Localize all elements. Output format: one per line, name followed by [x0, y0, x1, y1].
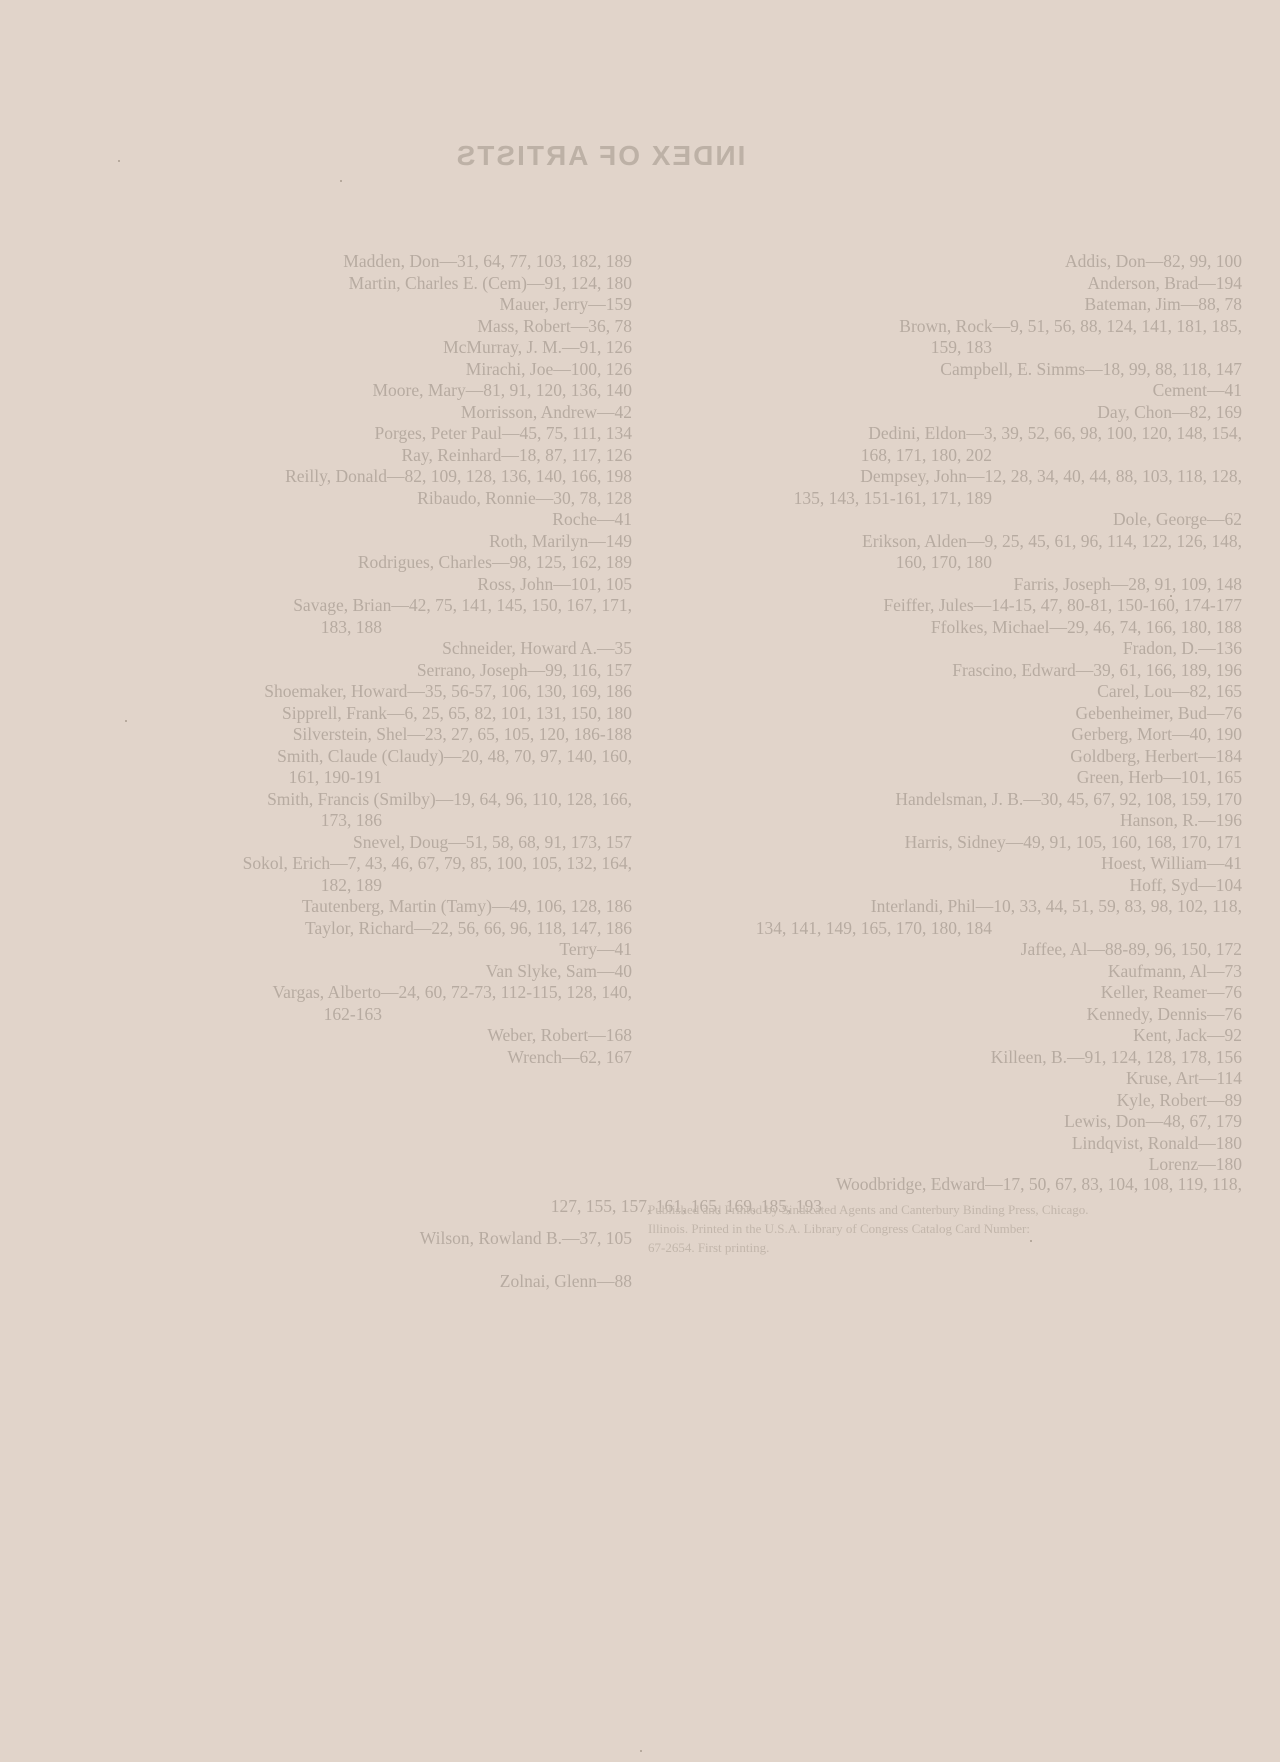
index-entry: Savage, Brian—42, 75, 141, 145, 150, 167… — [72, 595, 632, 617]
index-entry: Mirachi, Joe—100, 126 — [72, 359, 632, 381]
index-entry: Dempsey, John—12, 28, 34, 40, 44, 88, 10… — [722, 466, 1242, 488]
index-entry: Terry—41 — [72, 939, 632, 961]
index-entry: Silverstein, Shel—23, 27, 65, 105, 120, … — [72, 724, 632, 746]
index-entry: Sokol, Erich—7, 43, 46, 67, 79, 85, 100,… — [72, 853, 632, 875]
index-entry: Shoemaker, Howard—35, 56-57, 106, 130, 1… — [72, 681, 632, 703]
index-entry: Ribaudo, Ronnie—30, 78, 128 — [72, 488, 632, 510]
index-entry: Gerberg, Mort—40, 190 — [722, 724, 1242, 746]
index-entry: Ross, John—101, 105 — [72, 574, 632, 596]
index-entry: Green, Herb—101, 165 — [722, 767, 1242, 789]
index-entry: Porges, Peter Paul—45, 75, 111, 134 — [72, 423, 632, 445]
index-entry-continuation: 182, 189 — [72, 875, 632, 897]
index-entry: Moore, Mary—81, 91, 120, 136, 140 — [72, 380, 632, 402]
index-entry-continuation: 161, 190-191 — [72, 767, 632, 789]
index-entry: Anderson, Brad—194 — [722, 273, 1242, 295]
index-entry: Tautenberg, Martin (Tamy)—49, 106, 128, … — [72, 896, 632, 918]
index-entry: Dedini, Eldon—3, 39, 52, 66, 98, 100, 12… — [722, 423, 1242, 445]
index-entry: Farris, Joseph—28, 91, 109, 148 — [722, 574, 1242, 596]
index-entry: Lindqvist, Ronald—180 — [722, 1133, 1242, 1155]
index-entry: Ffolkes, Michael—29, 46, 74, 166, 180, 1… — [722, 617, 1242, 639]
index-entry: Mass, Robert—36, 78 — [72, 316, 632, 338]
index-entry: Cement—41 — [722, 380, 1242, 402]
index-entry: Lorenz—180 — [722, 1154, 1242, 1176]
index-entry: Goldberg, Herbert—184 — [722, 746, 1242, 768]
index-entry: Frascino, Edward—39, 61, 166, 189, 196 — [722, 660, 1242, 682]
paper-speck — [340, 180, 342, 182]
index-entry: Serrano, Joseph—99, 116, 157 — [72, 660, 632, 682]
index-entry-continuation: 168, 171, 180, 202 — [722, 445, 1242, 467]
index-column-a-to-l: Addis, Don—82, 99, 100Anderson, Brad—194… — [722, 251, 1242, 1176]
index-entry-continuation: 159, 183 — [722, 337, 1242, 359]
index-entry-continuation: 173, 186 — [72, 810, 632, 832]
paper-speck — [118, 160, 120, 162]
index-bottom-left-entries: Wilson, Rowland B.—37, 105 Zolnai, Glenn… — [420, 1217, 632, 1303]
index-entry: Kent, Jack—92 — [722, 1025, 1242, 1047]
index-entry: Roth, Marilyn—149 — [72, 531, 632, 553]
index-entry: Handelsman, J. B.—30, 45, 67, 92, 108, 1… — [722, 789, 1242, 811]
index-entry: Weber, Robert—168 — [72, 1025, 632, 1047]
index-entry-continuation: 135, 143, 151-161, 171, 189 — [722, 488, 1242, 510]
index-entry: Fradon, D.—136 — [722, 638, 1242, 660]
bleed-line: Illinois. Printed in the U.S.A. Library … — [648, 1219, 1280, 1238]
index-entry: Martin, Charles E. (Cem)—91, 124, 180 — [72, 273, 632, 295]
index-entry: Feiffer, Jules—14-15, 47, 80-81, 150-160… — [722, 595, 1242, 617]
index-entry-wilson: Wilson, Rowland B.—37, 105 — [420, 1217, 632, 1260]
index-entry: Lewis, Don—48, 67, 179 — [722, 1111, 1242, 1133]
index-entry-continuation: 160, 170, 180 — [722, 552, 1242, 574]
index-entry: Vargas, Alberto—24, 60, 72-73, 112-115, … — [72, 982, 632, 1004]
index-entry: Erikson, Alden—9, 25, 45, 61, 96, 114, 1… — [722, 531, 1242, 553]
index-entry: Smith, Claude (Claudy)—20, 48, 70, 97, 1… — [72, 746, 632, 768]
index-entry: Keller, Reamer—76 — [722, 982, 1242, 1004]
index-entry: McMurray, J. M.—91, 126 — [72, 337, 632, 359]
index-entry: Addis, Don—82, 99, 100 — [722, 251, 1242, 273]
index-entry: Roche—41 — [72, 509, 632, 531]
index-entry: Morrisson, Andrew—42 — [72, 402, 632, 424]
index-entry: Jaffee, Al—88-89, 96, 150, 172 — [722, 939, 1242, 961]
index-entry: Day, Chon—82, 169 — [722, 402, 1242, 424]
index-entry: Campbell, E. Simms—18, 99, 88, 118, 147 — [722, 359, 1242, 381]
index-entry: Madden, Don—31, 64, 77, 103, 182, 189 — [72, 251, 632, 273]
index-entry: Smith, Francis (Smilby)—19, 64, 96, 110,… — [72, 789, 632, 811]
index-entry: Kaufmann, Al—73 — [722, 961, 1242, 983]
index-entry: Van Slyke, Sam—40 — [72, 961, 632, 983]
paper-speck — [125, 720, 127, 722]
index-entry: Rodrigues, Charles—98, 125, 162, 189 — [72, 552, 632, 574]
bleed-through-copyright: Published and Printed by Sindicated Agen… — [648, 1200, 1280, 1257]
index-entry-continuation: 162-163 — [72, 1004, 632, 1026]
index-entry: Kennedy, Dennis—76 — [722, 1004, 1242, 1026]
index-entry: Sipprell, Frank—6, 25, 65, 82, 101, 131,… — [72, 703, 632, 725]
index-entry-line: Woodbridge, Edward—17, 50, 67, 83, 104, … — [142, 1174, 1242, 1196]
page-title: INDEX OF ARTISTS — [0, 140, 1200, 172]
index-entry-continuation: 183, 188 — [72, 617, 632, 639]
paper-speck — [1030, 1240, 1032, 1242]
index-entry: Wrench—62, 167 — [72, 1047, 632, 1069]
index-entry: Kyle, Robert—89 — [722, 1090, 1242, 1112]
index-entry: Carel, Lou—82, 165 — [722, 681, 1242, 703]
index-entry: Snevel, Doug—51, 58, 68, 91, 173, 157 — [72, 832, 632, 854]
index-entry: Hoest, William—41 — [722, 853, 1242, 875]
bleed-line: Published and Printed by Sindicated Agen… — [648, 1200, 1280, 1219]
index-entry: Reilly, Donald—82, 109, 128, 136, 140, 1… — [72, 466, 632, 488]
index-entry: Mauer, Jerry—159 — [72, 294, 632, 316]
index-entry: Brown, Rock—9, 51, 56, 88, 124, 141, 181… — [722, 316, 1242, 338]
index-entry: Ray, Reinhard—18, 87, 117, 126 — [72, 445, 632, 467]
index-entry: Kruse, Art—114 — [722, 1068, 1242, 1090]
index-entry: Hoff, Syd—104 — [722, 875, 1242, 897]
index-entry: Gebenheimer, Bud—76 — [722, 703, 1242, 725]
index-entry-continuation: 134, 141, 149, 165, 170, 180, 184 — [722, 918, 1242, 940]
index-entry: Interlandi, Phil—10, 33, 44, 51, 59, 83,… — [722, 896, 1242, 918]
index-entry: Schneider, Howard A.—35 — [72, 638, 632, 660]
index-entry: Killeen, B.—91, 124, 128, 178, 156 — [722, 1047, 1242, 1069]
index-entry-zolnai: Zolnai, Glenn—88 — [420, 1260, 632, 1303]
index-column-m-to-z: Madden, Don—31, 64, 77, 103, 182, 189Mar… — [72, 251, 632, 1068]
paper-speck — [640, 1750, 642, 1752]
index-entry: Bateman, Jim—88, 78 — [722, 294, 1242, 316]
index-entry: Taylor, Richard—22, 56, 66, 96, 118, 147… — [72, 918, 632, 940]
paper-speck — [1170, 595, 1172, 597]
index-entry: Harris, Sidney—49, 91, 105, 160, 168, 17… — [722, 832, 1242, 854]
bleed-line: 67-2654. First printing. — [648, 1238, 1280, 1257]
index-entry: Dole, George—62 — [722, 509, 1242, 531]
index-entry: Hanson, R.—196 — [722, 810, 1242, 832]
